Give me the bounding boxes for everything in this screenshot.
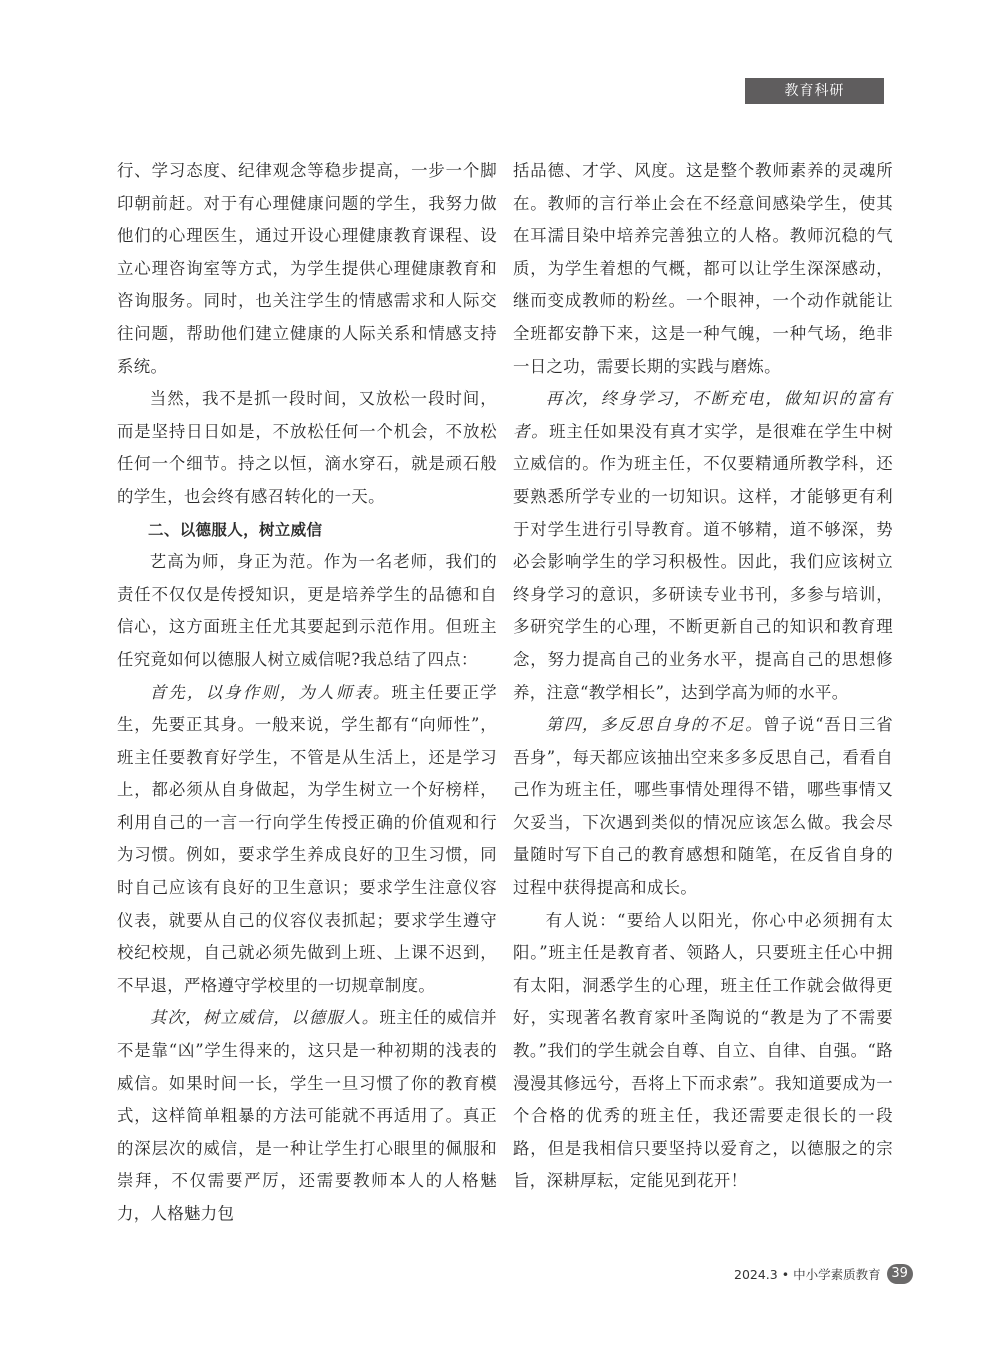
paragraph: 括品德、才学、风度。这是整个教师素养的灵魂所在。教师的言行举止会在不经意间感染学… — [513, 155, 893, 383]
point-body: 曾子说“吾日三省吾身”，每天都应该抽出空来多多反思自己，看看自己作为班主任，哪些… — [513, 715, 893, 897]
paragraph: 有人说：“要给人以阳光，你心中必须拥有太阳。”班主任是教育者、领路人，只要班主任… — [513, 905, 893, 1198]
paragraph: 再次，终身学习，不断充电，做知识的富有者。班主任如果没有真才实学，是很难在学生中… — [513, 383, 893, 709]
journal-page: 教育科研 行、学习态度、纪律观念等稳步提高，一步一个脚印朝前赶。对于有心理健康问… — [0, 0, 992, 1346]
issue-date: 2024.3 — [734, 1267, 778, 1282]
paragraph: 艺高为师，身正为范。作为一名老师，我们的责任不仅仅是传授知识，更是培养学生的品德… — [117, 546, 497, 676]
left-column: 行、学习态度、纪律观念等稳步提高，一步一个脚印朝前赶。对于有心理健康问题的学生，… — [117, 155, 497, 1231]
section-label: 教育科研 — [745, 78, 884, 104]
point-lead: 首先，以身作则，为人师表。 — [150, 683, 392, 702]
paragraph: 第四，多反思自身的不足。曾子说“吾日三省吾身”，每天都应该抽出空来多多反思自己，… — [513, 709, 893, 905]
paragraph: 其次，树立威信，以德服人。班主任的威信并不是靠“凶”学生得来的，这只是一种初期的… — [117, 1002, 497, 1230]
section-heading: 二、以德服人，树立威信 — [117, 514, 497, 547]
journal-name: 中小学素质教育 — [793, 1265, 881, 1283]
point-lead: 其次，树立威信，以德服人。 — [150, 1008, 380, 1027]
point-body: 班主任如果没有真才实学，是很难在学生中树立威信的。作为班主任，不仅要精通所教学科… — [513, 422, 893, 702]
paragraph: 当然，我不是抓一段时间，又放松一段时间，而是坚持日日如是，不放松任何一个机会，不… — [117, 383, 497, 513]
paragraph: 行、学习态度、纪律观念等稳步提高，一步一个脚印朝前赶。对于有心理健康问题的学生，… — [117, 155, 497, 383]
paragraph: 首先，以身作则，为人师表。班主任要正学生，先要正其身。一般来说，学生都有“向师性… — [117, 677, 497, 1003]
point-lead: 第四，多反思自身的不足。 — [546, 715, 764, 734]
page-number-badge: 39 — [887, 1264, 913, 1284]
right-column: 括品德、才学、风度。这是整个教师素养的灵魂所在。教师的言行举止会在不经意间感染学… — [513, 155, 893, 1198]
point-body: 班主任要正学生，先要正其身。一般来说，学生都有“向师性”，班主任要教育好学生，不… — [117, 683, 497, 995]
point-body: 班主任的威信并不是靠“凶”学生得来的，这只是一种初期的浅表的威信。如果时间一长，… — [117, 1008, 497, 1223]
page-footer: 2024.3 • 中小学素质教育 39 — [734, 1263, 913, 1285]
separator-dot: • — [782, 1267, 789, 1282]
